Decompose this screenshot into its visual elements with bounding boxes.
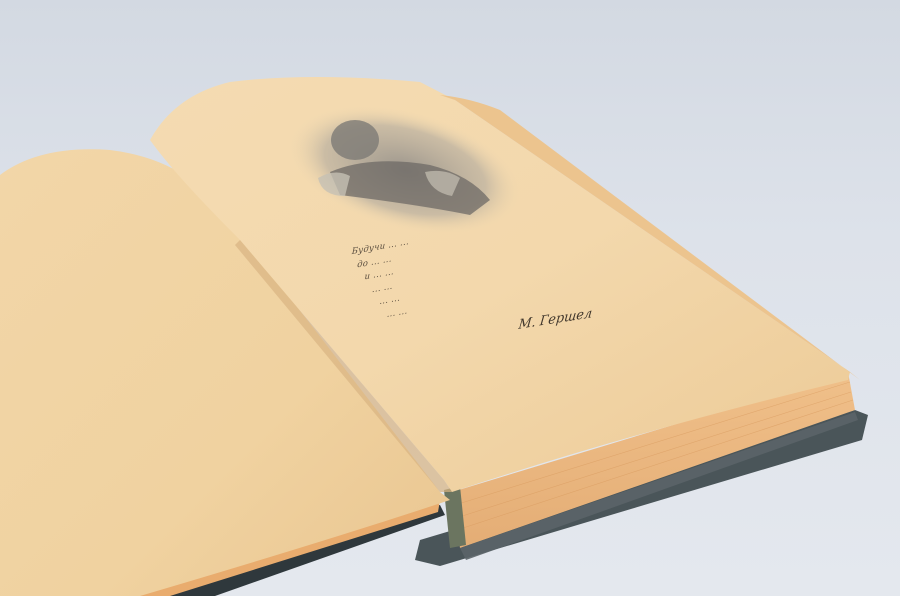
photo-scene: Будучи ... ... до ... ... и ... ... ... … [0, 0, 900, 596]
open-book-illustration [0, 0, 900, 596]
